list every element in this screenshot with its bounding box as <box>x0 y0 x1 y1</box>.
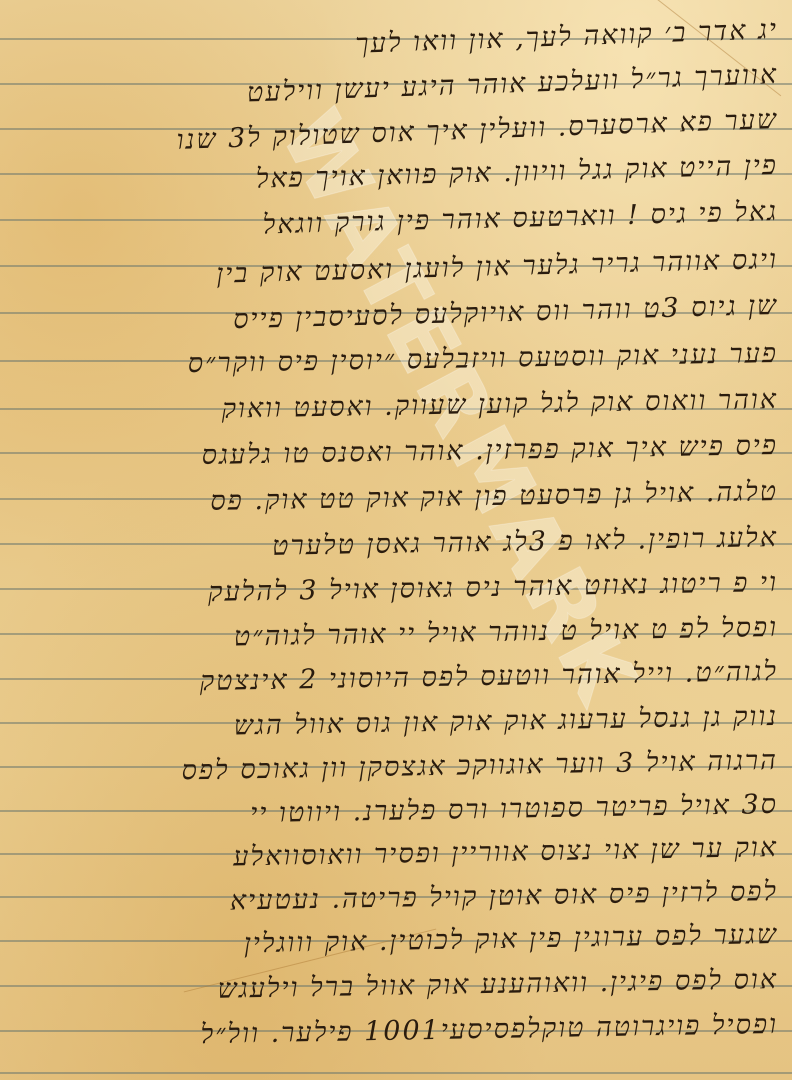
handwritten-line: אוהר וואוס אוק לגל קוען שעווק. ואסעט ווא… <box>0 380 778 434</box>
letter-page: WATERMARK יג אדר ב׳ קוואה לעך, און וואו … <box>0 0 792 1080</box>
handwritten-line: לגוה״ט. וייל אוהר ווטעס לפס היוסוני 2 אי… <box>0 652 778 706</box>
handwritten-line: אלעג רופין. לאו פ 3לג אוהר גאסן טלערט <box>0 518 778 572</box>
handwritten-line: וי פ ריטוג נאוזט אוהר ניס גאוסן אויל 3 ל… <box>0 563 778 617</box>
ruled-line <box>0 1072 792 1074</box>
handwritten-line: פיס פיש איך אוק פפרזין. אוהר ואסנס טו גל… <box>0 426 778 480</box>
handwritten-line: טלגה. אויל גן פרסעט פון אוק אוק טט אוק. … <box>0 472 778 526</box>
handwritten-line: אוס לפס פיגין. וואוהענע אוק אוול ברל ויל… <box>0 960 778 1014</box>
handwritten-line: ופסיל פויגרוטה טוקלפסיסעי1001 פילער. וול… <box>0 1005 778 1059</box>
